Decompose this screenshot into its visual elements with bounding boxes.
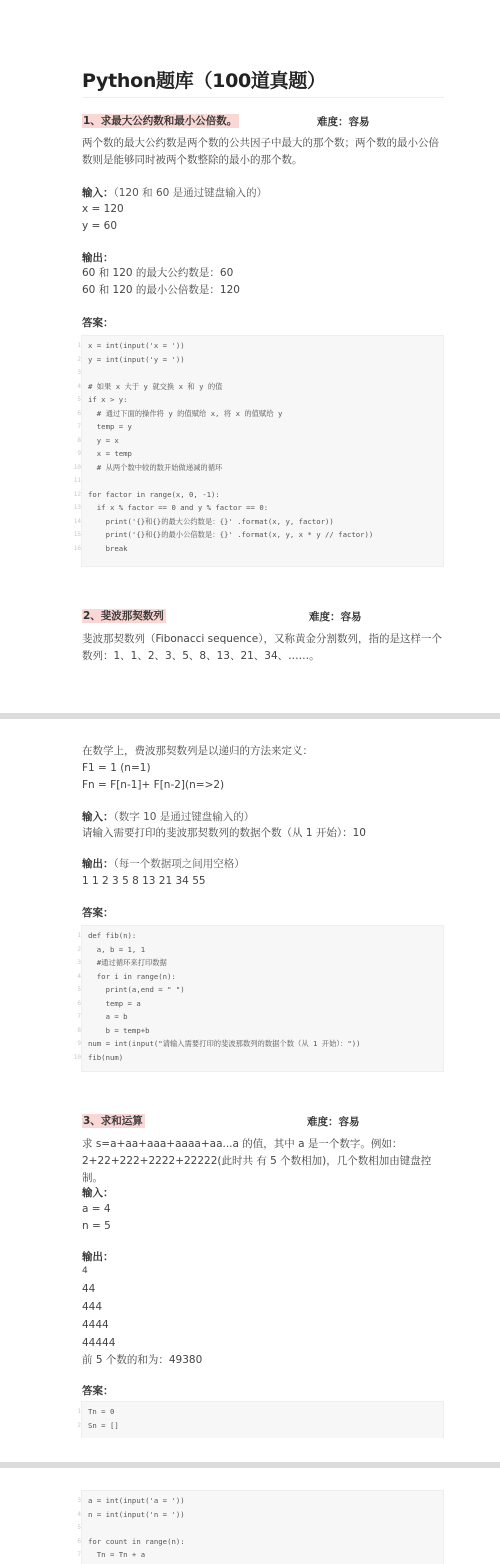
line-number: 6 <box>73 997 81 1011</box>
code-text: b = temp+b <box>88 1024 150 1038</box>
question-3-answer-label: 答案： <box>82 1383 114 1398</box>
line-number: 5 <box>73 1521 81 1535</box>
code-text: for factor in range(x, 0, -1): <box>88 488 220 502</box>
question-1-heading: 1、求最大公约数和最小公倍数。 <box>82 113 239 128</box>
code-text: def fib(n): <box>88 929 136 943</box>
line-number: 4 <box>73 380 81 394</box>
question-2-definition-line: Fn = F[n-1]+ F[n-2](n=>2) <box>82 777 224 794</box>
code-line: 16 break <box>82 542 443 556</box>
line-number: 3 <box>73 1494 81 1508</box>
question-1-input-line: x = 120 <box>82 201 124 218</box>
question-3-input-line: n = 5 <box>82 1218 111 1235</box>
code-text: y = int(input('y = ')) <box>88 353 185 367</box>
question-3-input-label: 输入： <box>82 1185 114 1200</box>
question-2-input-note: （数字 10 是通过键盘输入的） <box>114 811 255 823</box>
code-line: 3 #通过循环来打印数据 <box>82 956 443 970</box>
code-line: 11 <box>82 474 443 488</box>
line-number: 13 <box>73 501 81 515</box>
code-line: 7 Tn = Tn + a <box>82 1548 443 1562</box>
question-1-output-line: 60 和 120 的最大公约数是：60 <box>82 265 233 282</box>
code-line: 1Tn = 0 <box>82 1405 443 1419</box>
line-number: 5 <box>73 393 81 407</box>
line-number: 8 <box>73 434 81 448</box>
question-2-definition-line: 在数学上，费波那契数列是以递归的方法来定义： <box>82 743 313 760</box>
code-line: 4n = int(input('n = ')) <box>82 1508 443 1522</box>
line-number: 9 <box>73 447 81 461</box>
question-2-output-note: （每一个数据项之间用空格） <box>114 858 245 870</box>
line-number: 15 <box>73 528 81 542</box>
question-2-input-label: 输入：（数字 10 是通过键盘输入的） <box>82 809 254 824</box>
line-number: 7 <box>73 420 81 434</box>
title-divider <box>82 97 444 98</box>
question-1-input-label: 输入：（120 和 60 是通过键盘输入的） <box>82 185 267 200</box>
code-line: 12for factor in range(x, 0, -1): <box>82 488 443 502</box>
code-text: a, b = 1, 1 <box>88 943 145 957</box>
code-text: Sn = [] <box>88 1419 119 1433</box>
question-3-title: 3、求和运算 <box>82 1114 145 1128</box>
code-line: 5 print(a,end = " ") <box>82 983 443 997</box>
question-3-output-line: 4 <box>82 1263 88 1280</box>
code-line: 7 temp = y <box>82 420 443 434</box>
line-number: 2 <box>73 1419 81 1433</box>
code-text: # 从两个数中较的数开始做递减的循环 <box>88 461 222 475</box>
question-2-answer-label: 答案： <box>82 905 114 920</box>
code-text: x = temp <box>88 447 132 461</box>
code-text: n = int(input('n = ')) <box>88 1508 185 1522</box>
code-text: num = int(input("请输入需要打印的斐波那数列的数据个数（从 1 … <box>88 1037 361 1051</box>
code-line: 2 a, b = 1, 1 <box>82 943 443 957</box>
question-3-code-block-part1: 1Tn = 02Sn = [] <box>81 1401 444 1438</box>
code-text: print('{}和{}的最大公约数是：{}' .format(x, y, fa… <box>88 515 334 529</box>
code-line: 14 print('{}和{}的最大公约数是：{}' .format(x, y,… <box>82 515 443 529</box>
question-2-difficulty: 难度：容易 <box>309 609 362 624</box>
code-text: print('{}和{}的最小公倍数是：{}' .format(x, y, x … <box>88 528 373 542</box>
question-1-output-line: 60 和 120 的最小公倍数是：120 <box>82 282 240 299</box>
code-line: 7 a = b <box>82 1010 443 1024</box>
code-line: 8 y = x <box>82 434 443 448</box>
code-text: # 通过下面的操作将 y 的值赋给 x, 将 x 的值赋给 y <box>88 407 282 421</box>
code-line: 3 <box>82 366 443 380</box>
code-line: 4# 如果 x 大于 y 就交换 x 和 y 的值 <box>82 380 443 394</box>
code-line: 2Sn = [] <box>82 1419 443 1433</box>
code-text: temp = y <box>88 420 132 434</box>
line-number: 16 <box>73 542 81 556</box>
question-1-input-note: （120 和 60 是通过键盘输入的） <box>114 187 268 199</box>
code-text: temp = a <box>88 997 141 1011</box>
code-text: #通过循环来打印数据 <box>88 956 167 970</box>
question-2-output-label: 输出：（每一个数据项之间用空格） <box>82 856 245 871</box>
page-1: Python题库（100道真题） 1、求最大公约数和最小公倍数。 难度：容易 两… <box>0 0 500 713</box>
question-1-input-line: y = 60 <box>82 218 117 235</box>
question-3-output-line: 44444 <box>82 1335 115 1352</box>
question-2-input-line: 请输入需要打印的斐波那契数列的数据个数（从 1 开始）：10 <box>82 825 366 842</box>
question-3-output-line: 444 <box>82 1299 102 1316</box>
question-3-description: 求 s=a+aa+aaa+aaaa+aa...a 的值，其中 a 是一个数字。例… <box>82 1136 452 1187</box>
code-line: 6 # 通过下面的操作将 y 的值赋给 x, 将 x 的值赋给 y <box>82 407 443 421</box>
document-title: Python题库（100道真题） <box>82 66 326 93</box>
code-text: Tn = 0 <box>88 1405 114 1419</box>
code-text: Tn = Tn + a <box>88 1548 145 1562</box>
question-3-heading: 3、求和运算 <box>82 1113 145 1128</box>
line-number: 12 <box>73 488 81 502</box>
line-number: 1 <box>73 929 81 943</box>
question-2-title: 2、斐波那契数列 <box>82 609 166 623</box>
code-text: print(a,end = " ") <box>88 983 185 997</box>
code-line: 6 temp = a <box>82 997 443 1011</box>
code-text: a = b <box>88 1010 128 1024</box>
line-number: 4 <box>73 1508 81 1522</box>
question-2-description: 斐波那契数列（Fibonacci sequence），又称黄金分割数列，指的是这… <box>82 631 444 665</box>
code-line: 8 b = temp+b <box>82 1024 443 1038</box>
question-1-output-label: 输出： <box>82 250 114 265</box>
question-3-input-line: a = 4 <box>82 1201 111 1218</box>
code-line: 2y = int(input('y = ')) <box>82 353 443 367</box>
question-1-title: 1、求最大公约数和最小公倍数。 <box>82 114 239 128</box>
code-line: 9num = int(input("请输入需要打印的斐波那数列的数据个数（从 1… <box>82 1037 443 1051</box>
question-2-output-line: 1 1 2 3 5 8 13 21 34 55 <box>82 873 206 890</box>
page-3: 3a = int(input('a = '))4n = int(input('n… <box>0 1468 500 1564</box>
code-text: for count in range(n): <box>88 1535 185 1549</box>
question-3-output-label: 输出： <box>82 1249 114 1264</box>
question-1-description: 两个数的最大公约数是两个数的公共因子中最大的那个数；两个数的最小公倍数则是能够同… <box>82 135 444 169</box>
line-number: 1 <box>73 1405 81 1419</box>
question-3-output-line: 前 5 个数的和为：49380 <box>82 1352 202 1369</box>
code-line: 15 print('{}和{}的最小公倍数是：{}' .format(x, y,… <box>82 528 443 542</box>
line-number: 1 <box>73 339 81 353</box>
question-3-difficulty: 难度：容易 <box>307 1114 360 1129</box>
question-3-output-line: 44 <box>82 1281 95 1298</box>
code-line: 6for count in range(n): <box>82 1535 443 1549</box>
line-number: 4 <box>73 970 81 984</box>
question-1-answer-label: 答案： <box>82 315 114 330</box>
line-number: 10 <box>73 461 81 475</box>
code-line: 9 x = temp <box>82 447 443 461</box>
line-number: 6 <box>73 1535 81 1549</box>
page-2: 在数学上，费波那契数列是以递归的方法来定义： F1 = 1 (n=1) Fn =… <box>0 719 500 1457</box>
question-2-code-block: 1def fib(n):2 a, b = 1, 13 #通过循环来打印数据4 f… <box>81 925 444 1072</box>
line-number: 2 <box>73 353 81 367</box>
code-line: 10 # 从两个数中较的数开始做递减的循环 <box>82 461 443 475</box>
line-number: 6 <box>73 407 81 421</box>
question-2-heading: 2、斐波那契数列 <box>82 608 166 623</box>
line-number: 11 <box>73 474 81 488</box>
line-number: 14 <box>73 515 81 529</box>
line-number: 5 <box>73 983 81 997</box>
code-text: break <box>88 542 128 556</box>
code-line: 5if x > y: <box>82 393 443 407</box>
question-1-difficulty: 难度：容易 <box>317 114 370 129</box>
question-2-definition-line: F1 = 1 (n=1) <box>82 760 151 777</box>
line-number: 8 <box>73 1024 81 1038</box>
line-number: 2 <box>73 943 81 957</box>
line-number: 7 <box>73 1548 81 1562</box>
code-text: x = int(input('x = ')) <box>88 339 185 353</box>
code-line: 10fib(num) <box>82 1051 443 1065</box>
code-line: 3a = int(input('a = ')) <box>82 1494 443 1508</box>
question-3-code-block-part2: 3a = int(input('a = '))4n = int(input('n… <box>81 1490 444 1564</box>
line-number: 9 <box>73 1037 81 1051</box>
code-line: 5 <box>82 1521 443 1535</box>
question-1-code-block: 1x = int(input('x = '))2y = int(input('y… <box>81 335 444 567</box>
code-line: 13 if x % factor == 0 and y % factor == … <box>82 501 443 515</box>
line-number: 7 <box>73 1010 81 1024</box>
code-line: 1def fib(n): <box>82 929 443 943</box>
code-text: fib(num) <box>88 1051 123 1065</box>
line-number: 3 <box>73 956 81 970</box>
code-text: y = x <box>88 434 119 448</box>
question-3-output-line: 4444 <box>82 1317 109 1334</box>
code-text: a = int(input('a = ')) <box>88 1494 185 1508</box>
code-text: if x > y: <box>88 393 128 407</box>
code-text: if x % factor == 0 and y % factor == 0: <box>88 501 268 515</box>
code-line: 4 for i in range(n): <box>82 970 443 984</box>
code-text: # 如果 x 大于 y 就交换 x 和 y 的值 <box>88 380 222 394</box>
code-line: 1x = int(input('x = ')) <box>82 339 443 353</box>
line-number: 3 <box>73 366 81 380</box>
code-text: for i in range(n): <box>88 970 176 984</box>
line-number: 10 <box>73 1051 81 1065</box>
